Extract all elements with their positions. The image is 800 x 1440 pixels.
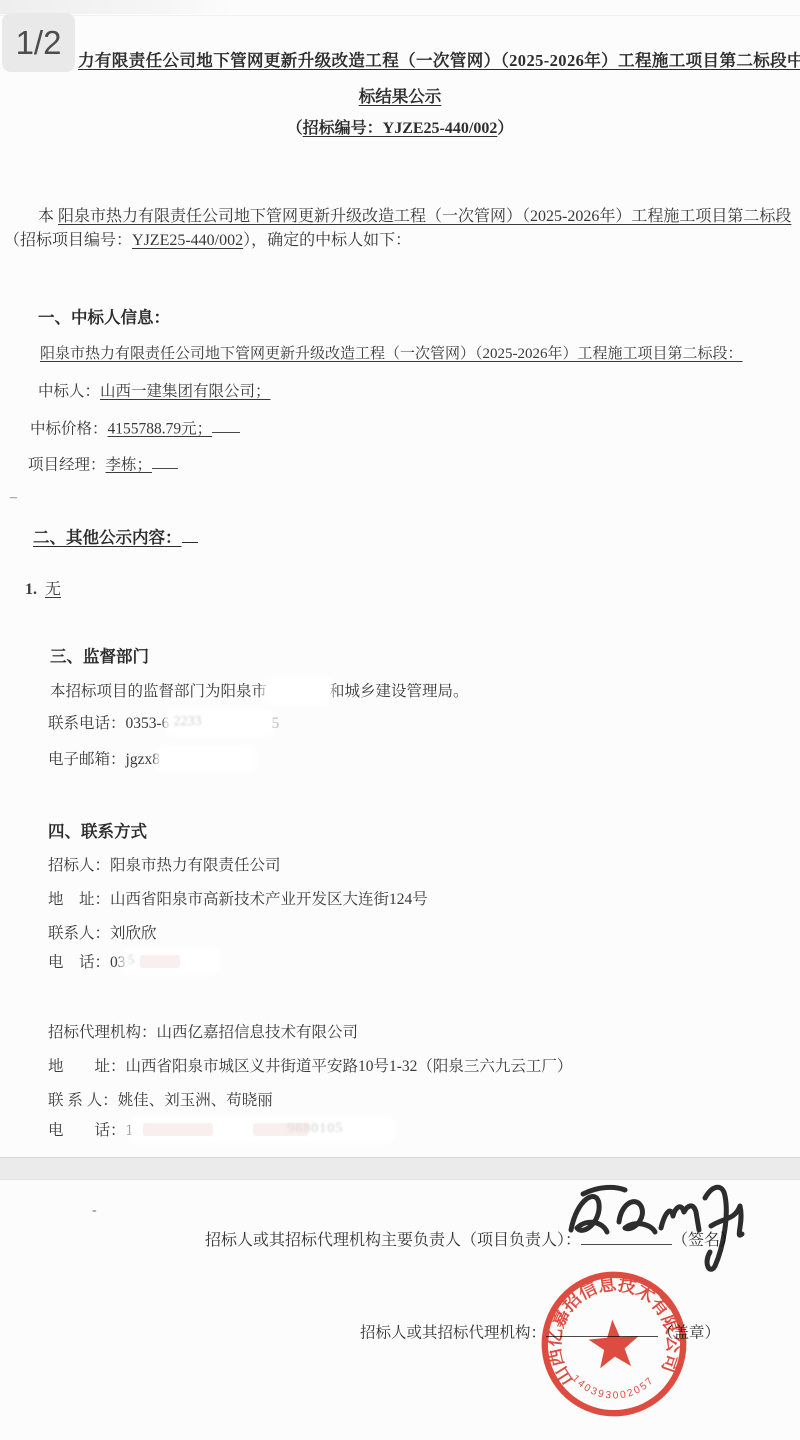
seal-serial-number: 140393002057 (569, 1368, 658, 1405)
document-title-line1: 力有限责任公司地下管网更新升级改造工程（一次管网）（2025-2026年）工程施… (78, 47, 800, 71)
redaction-supervisor (267, 681, 329, 701)
supervisor-email-line: 电子邮箱：jgzx8 (48, 747, 252, 769)
section2-blank (182, 525, 198, 543)
seal-star (587, 1318, 640, 1369)
winner-row: 中标人：山西一建集团有限公司； (38, 379, 271, 401)
other-content-value: 无 (45, 581, 61, 598)
project-manager: 李栋； (106, 456, 153, 473)
document-viewer[interactable]: 1/2 力有限责任公司地下管网更新升级改造工程（一次管网）（2025-2026年… (0, 0, 800, 1440)
redaction-supervisor-phone: 2233 (169, 713, 271, 733)
stray-dash-1: – (10, 490, 17, 506)
document-title-line2: 标结果公示 (0, 83, 800, 107)
tenderer-row: 招标人：阳泉市热力有限责任公司 (48, 853, 281, 875)
company-seal: 山西亿嘉招信息技术有限公司 140393002057 (531, 1261, 698, 1428)
section2-heading: 二、其他公示内容： (33, 524, 198, 548)
manager-blank (152, 452, 178, 469)
top-edge-line (0, 15, 800, 16)
tenderer-contact-row: 联系人：刘欣欣 (48, 921, 157, 943)
redaction-agency-phone: 9880105 (133, 1120, 391, 1140)
redaction-tint (253, 1123, 308, 1136)
section1-heading: 一、中标人信息： (38, 304, 170, 328)
redaction-supervisor-email (160, 749, 252, 769)
svg-text:140393002057: 140393002057 (569, 1368, 658, 1405)
top-edge-strip (0, 0, 234, 14)
page-separator (0, 1157, 800, 1180)
winning-price: 4155788.79元； (108, 420, 213, 437)
agency-row: 招标代理机构：山西亿嘉招信息技术有限公司 (48, 1020, 358, 1042)
stray-dash-2: - (92, 1203, 97, 1219)
section3-heading: 三、监督部门 (50, 643, 149, 667)
tenderer-phone-row: 电 话：035 (48, 950, 216, 972)
intro-project-code: YJZE25-440/002 (132, 232, 243, 249)
intro-paragraph: 本 阳泉市热力有限责任公司地下管网更新升级改造工程（一次管网）（2025-202… (4, 205, 797, 252)
page-indicator-text: 1/2 (16, 24, 62, 62)
price-row: 中标价格：4155788.79元； (30, 416, 240, 438)
page-indicator-badge: 1/2 (2, 13, 75, 72)
tender-number-line: （招标编号：YJZE25-440/002） (0, 115, 800, 138)
redaction-tint (140, 955, 180, 968)
redaction-tint (143, 1123, 213, 1136)
supervisor-phone-line: 联系电话：0353-622335 (48, 711, 279, 733)
tender-number: 招标编号：YJZE25-440/002 (303, 120, 498, 137)
agency-contacts-row: 联 系 人：姚佳、刘玉洲、苟晓丽 (48, 1088, 273, 1110)
agency-phone-row: 电 话：19880105 (48, 1118, 391, 1140)
manager-row: 项目经理：李栋； (28, 452, 178, 474)
price-blank (212, 416, 240, 433)
agency-address-row: 地 址：山西省阳泉市城区义井街道平安路10号1-32（阳泉三六九云工厂） (48, 1054, 572, 1076)
section1-project-line: 阳泉市热力有限责任公司地下管网更新升级改造工程（一次管网）（2025-2026年… (40, 342, 743, 363)
redaction-tenderer-phone: 5 (126, 952, 216, 972)
intro-project-name: 阳泉市热力有限责任公司地下管网更新升级改造工程（一次管网）（2025-2026年… (58, 208, 791, 225)
section4-heading: 四、联系方式 (48, 818, 147, 842)
winner-name: 山西一建集团有限公司； (100, 383, 271, 400)
tenderer-address-row: 地 址：山西省阳泉市高新技术产业开发区大连街124号 (48, 887, 428, 909)
other-content-item: 1. 无 (25, 576, 61, 599)
supervisor-line: 本招标项目的监督部门为阳泉市和城乡建设管理局。 (50, 679, 469, 701)
